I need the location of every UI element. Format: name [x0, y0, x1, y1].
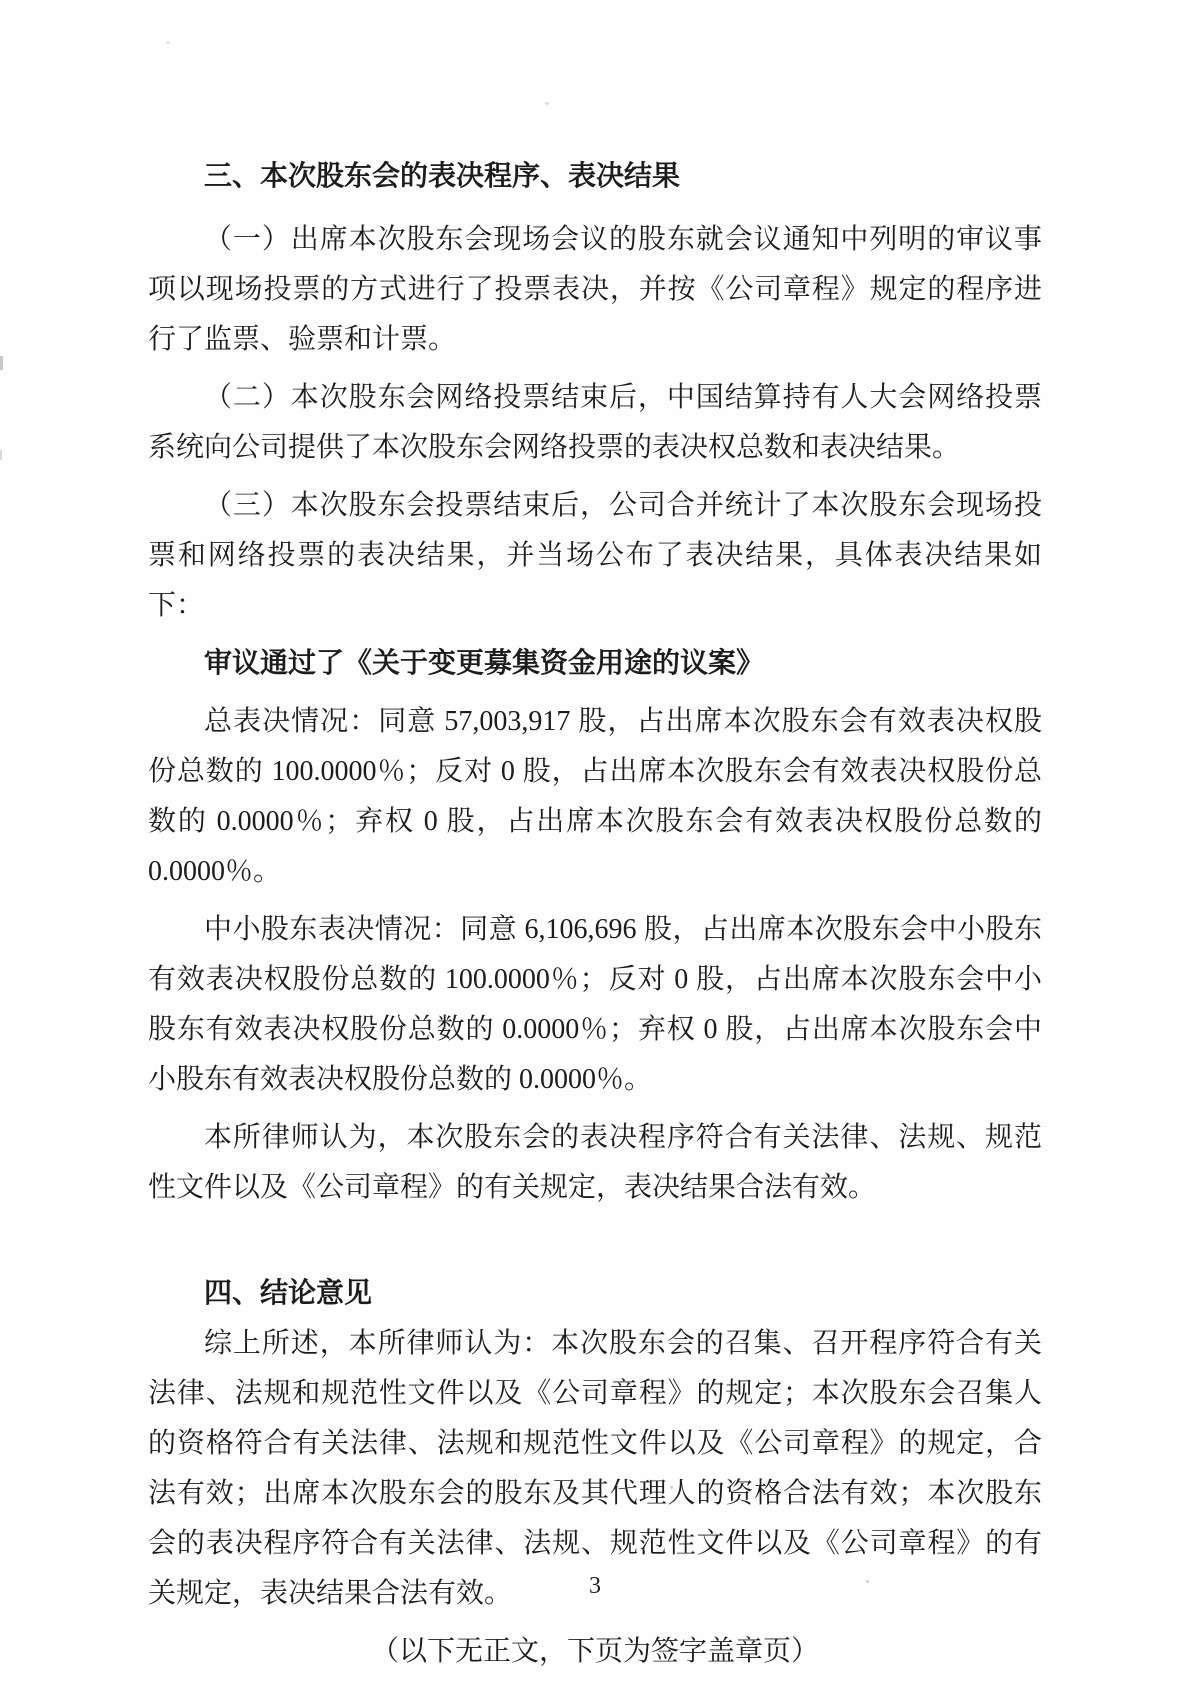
scan-speck [283, 1389, 286, 1392]
scan-speck [545, 102, 549, 105]
scan-edge-mark [0, 450, 2, 460]
scan-speck [670, 1486, 673, 1489]
page-number: 3 [0, 1574, 1190, 1598]
paragraph-lawyer-opinion-voting: 本所律师认为，本次股东会的表决程序符合有关法律、法规、规范性文件以及《公司章程》… [148, 1113, 1042, 1213]
document-body: 三、本次股东会的表决程序、表决结果 （一）出席本次股东会现场会议的股东就会议通知… [0, 0, 1190, 1677]
scanned-document-page: 三、本次股东会的表决程序、表决结果 （一）出席本次股东会现场会议的股东就会议通知… [0, 0, 1190, 1683]
paragraph-online-voting: （二）本次股东会网络投票结束后，中国结算持有人大会网络投票系统向公司提供了本次股… [148, 373, 1042, 473]
note-no-more-text: （以下无正文，下页为签字盖章页） [148, 1627, 1042, 1677]
scan-speck [166, 41, 170, 44]
section-heading-conclusion: 四、结论意见 [148, 1269, 1042, 1319]
scan-edge-mark [0, 356, 3, 370]
paragraph-combined-results: （三）本次股东会投票结束后，公司合并统计了本次股东会现场投票和网络投票的表决结果… [148, 481, 1042, 631]
paragraph-minority-vote-result: 中小股东表决情况：同意 6,106,696 股，占出席本次股东会中小股东有效表决… [148, 905, 1042, 1105]
section-heading-voting-procedure: 三、本次股东会的表决程序、表决结果 [148, 152, 1042, 202]
paragraph-onsite-voting: （一）出席本次股东会现场会议的股东就会议通知中列明的审议事项以现场投票的方式进行… [148, 215, 1042, 365]
paragraph-proposal-approved: 审议通过了《关于变更募集资金用途的议案》 [148, 639, 1042, 689]
section-gap [148, 1221, 1042, 1269]
paragraph-total-vote-result: 总表决情况：同意 57,003,917 股，占出席本次股东会有效表决权股份总数的… [148, 697, 1042, 897]
